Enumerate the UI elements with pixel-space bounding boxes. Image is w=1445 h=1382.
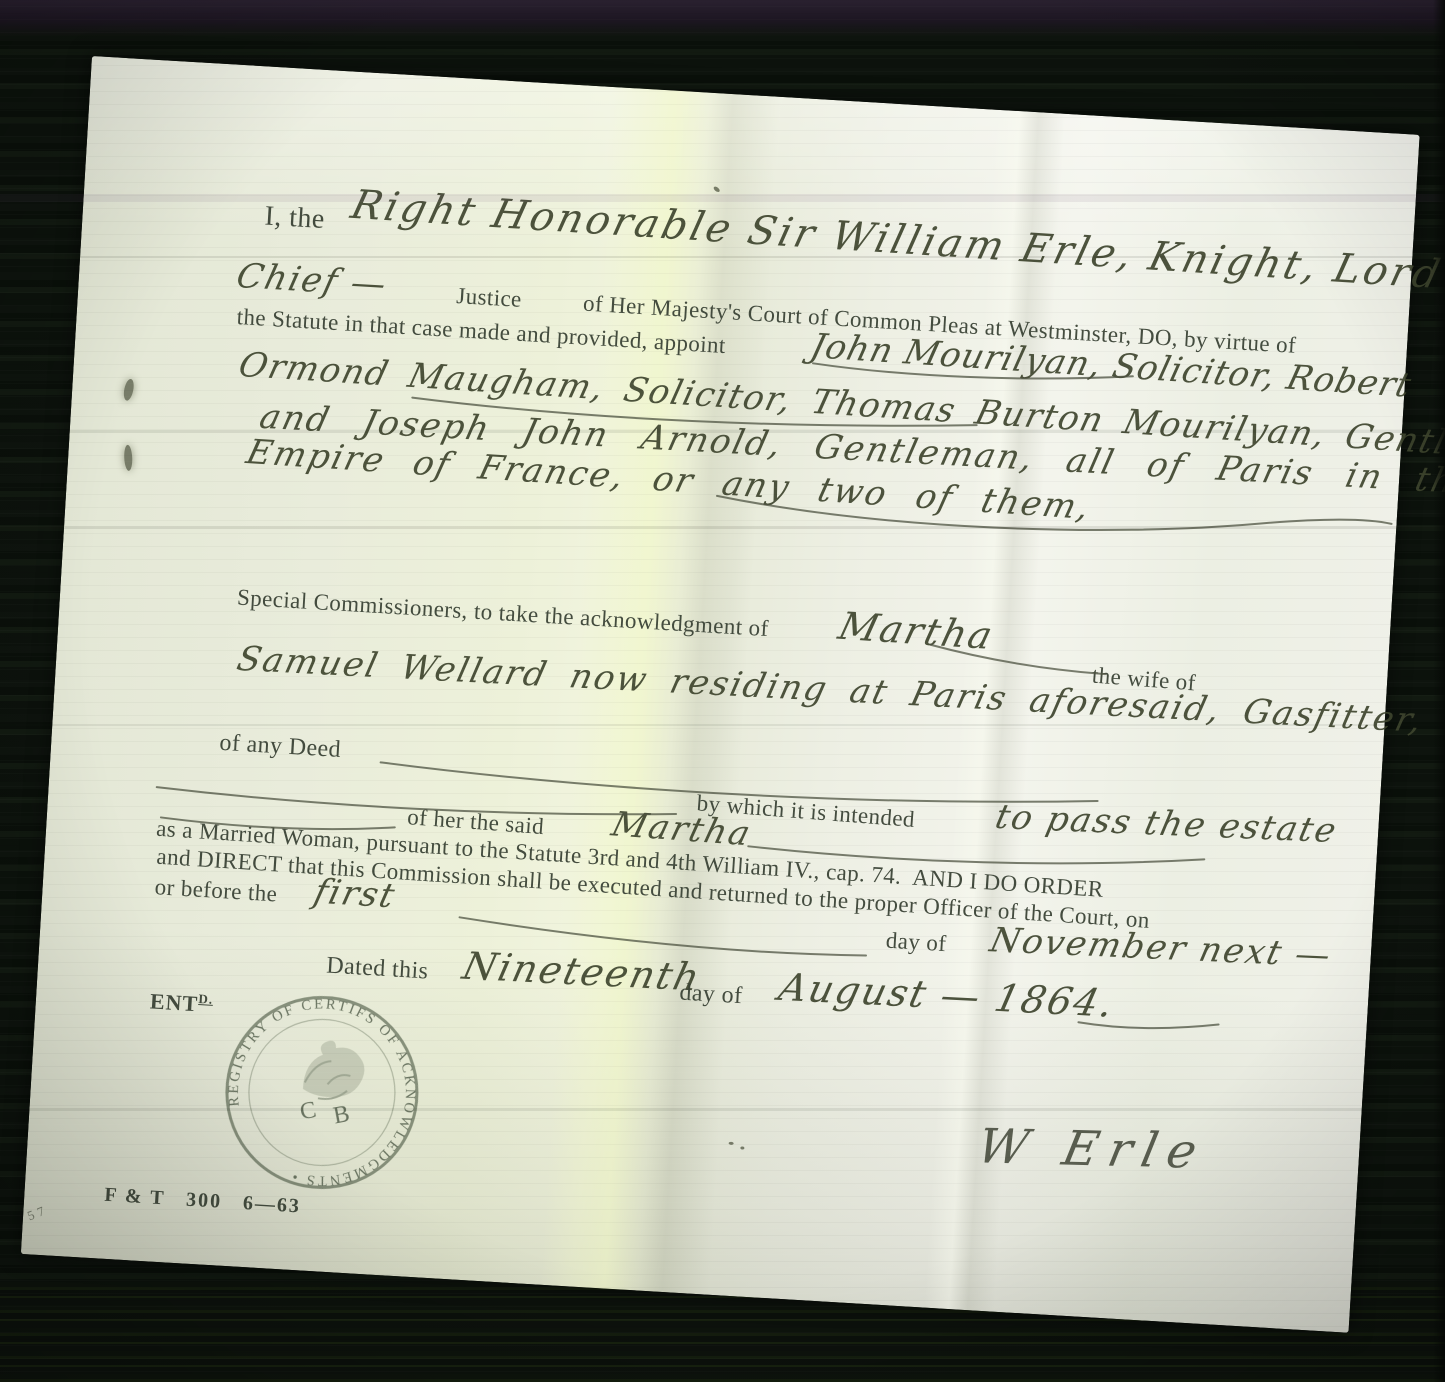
script-martha: Martha <box>835 607 998 655</box>
judge-signature: W Erle <box>973 1123 1210 1176</box>
script-august-1864: August — 1864. <box>775 968 1118 1023</box>
document-paper: I, the Right Honorable Sir William Erle,… <box>21 56 1420 1333</box>
printed-justice: Justice <box>456 284 523 311</box>
paper-speck <box>740 1146 744 1149</box>
stamp-crest <box>295 1035 369 1103</box>
paper-tear-mark <box>122 378 135 401</box>
printed-special-commissioners: Special Commissioners, to take the ackno… <box>236 586 769 641</box>
scan-artifact-top-band <box>0 0 1445 36</box>
scan-background: I, the Right Honorable Sir William Erle,… <box>0 0 1445 1382</box>
script-martha-2: Martha <box>608 807 755 851</box>
pencil-note: 5 7 <box>26 1204 47 1222</box>
paper-speck <box>729 1142 734 1145</box>
script-judge-name: Right Honorable Sir William Erle, Knight… <box>347 185 1445 295</box>
script-chief: Chief — <box>233 259 391 301</box>
printed-i-the: I, the <box>264 203 325 235</box>
stamp-letter-b: B <box>331 1101 352 1130</box>
printed-of-any-deed: of any Deed <box>219 731 342 762</box>
printed-or-before-the: or before the <box>154 875 278 905</box>
script-husband: Samuel Wellard now residing at Paris afo… <box>234 642 1427 738</box>
paper-tear-mark <box>124 445 133 471</box>
paper-speck <box>713 186 721 193</box>
stamp-letter-c: C <box>298 1097 319 1126</box>
script-november-next: November next — <box>987 923 1335 972</box>
script-nineteenth: Nineteenth <box>459 947 705 997</box>
script-pass-estate: to pass the estate <box>992 800 1341 848</box>
script-first: first <box>311 875 400 913</box>
printed-day-of-2: day of <box>679 981 743 1009</box>
printed-day-of: day of <box>885 929 947 956</box>
registry-stamp: REGISTRY OF CERTIFS OF ACKNOWLEDGMENTS •… <box>190 961 454 1225</box>
